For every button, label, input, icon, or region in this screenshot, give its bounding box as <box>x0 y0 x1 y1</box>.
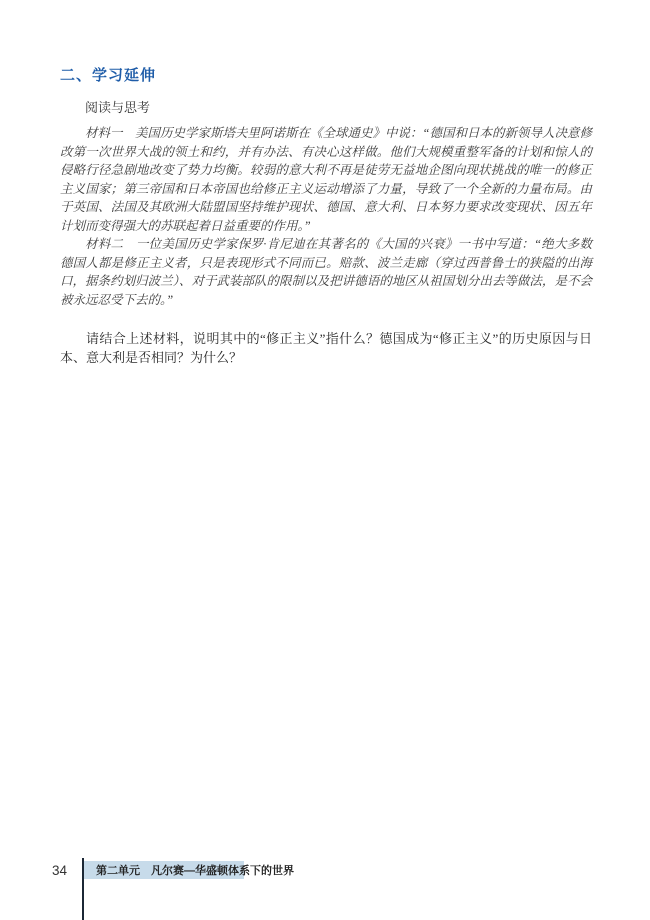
section-heading: 二、学习延伸 <box>60 64 592 85</box>
page-content: 二、学习延伸 阅读与思考 材料一 美国历史学家斯塔夫里阿诺斯在《全球通史》中说：… <box>60 64 592 367</box>
question-paragraph: 请结合上述材料，说明其中的“修正主义”指什么？德国成为“修正主义”的历史原因与日… <box>60 330 592 367</box>
unit-title-bar: 第二单元 凡尔赛—华盛顿体系下的世界 <box>84 861 244 879</box>
unit-title-label: 第二单元 凡尔赛—华盛顿体系下的世界 <box>84 862 294 878</box>
page-number: 34 <box>52 863 67 878</box>
material-one-paragraph: 材料一 美国历史学家斯塔夫里阿诺斯在《全球通史》中说：“德国和日本的新领导人决意… <box>60 124 592 235</box>
activity-subheading: 阅读与思考 <box>60 97 592 116</box>
material-two-paragraph: 材料二 一位美国历史学家保罗·肯尼迪在其著名的《大国的兴衰》一书中写道：“绝大多… <box>60 235 592 309</box>
textbook-page: 二、学习延伸 阅读与思考 材料一 美国历史学家斯塔夫里阿诺斯在《全球通史》中说：… <box>0 0 650 920</box>
